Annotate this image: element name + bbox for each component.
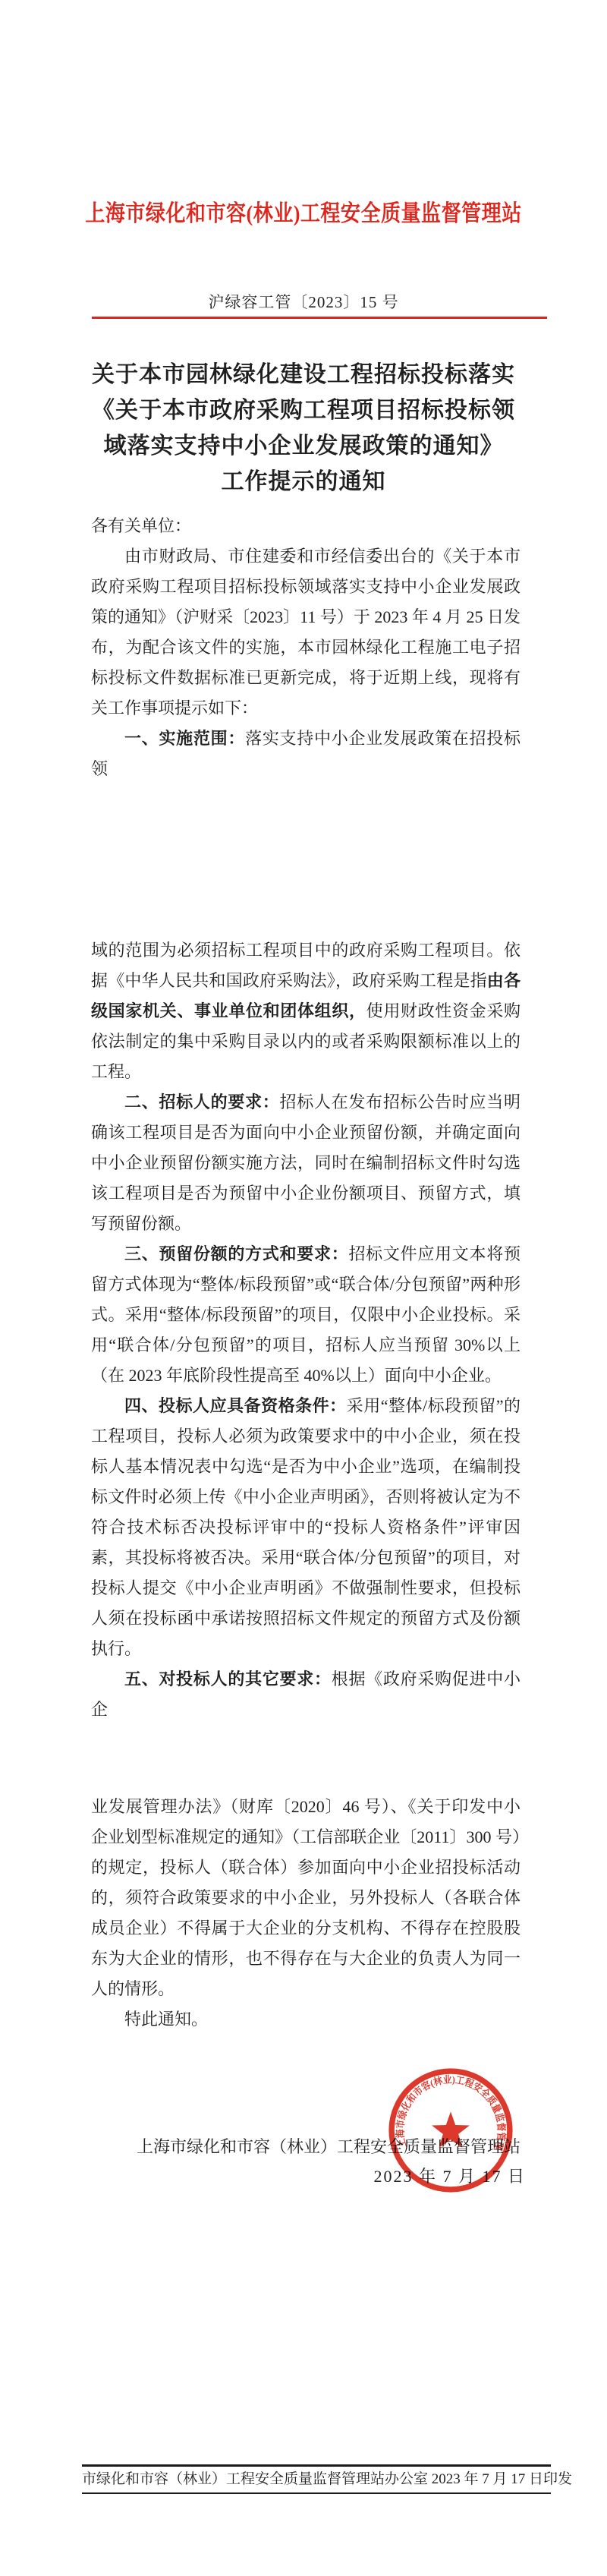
document-page: 上海市绿化和市容(林业)工程安全质量监督管理站 沪绿容工管〔2023〕15 号 …	[0, 0, 607, 2576]
body-paragraph: 二、招标人的要求：招标人在发布招标公告时应当明确该工程项目是否为面向中小企业预留…	[91, 1087, 521, 1239]
document-title-line-3: 域落实支持中小企业发展政策的通知》	[0, 428, 607, 464]
body-paragraph: 业发展管理办法》（财库〔2020〕46 号）、《关于印发中小企业划型标准规定的通…	[91, 1792, 521, 2004]
footer-imprint: 市绿化和市容（林业）工程安全质量监督管理站办公室 2023 年 7 月 17 日…	[82, 2464, 551, 2494]
bold-run: 一、实施范围：	[124, 729, 245, 748]
text-run: 招标人在发布招标公告时应当明确该工程项目是否为面向中小企业预留份额，并确定面向中…	[91, 1093, 521, 1233]
body-paragraph: 域的范围为必须招标工程项目中的政府采购工程项目。依据《中华人民共和国政府采购法》…	[91, 935, 521, 1087]
bold-run: 二、招标人的要求：	[124, 1093, 280, 1111]
bold-run: 五、对投标人的其它要求：	[124, 1670, 332, 1688]
document-title: 关于本市园林绿化建设工程招标投标落实 《关于本市政府采购工程项目招标投标领 域落…	[0, 357, 607, 500]
body-paragraph: 由市财政局、市住建委和市经信委出台的《关于本市政府采购工程项目招标投标领域落实支…	[91, 541, 521, 724]
body-paragraph: 各有关单位：	[91, 511, 521, 541]
body-paragraph: 四、投标人应具备资格条件：采用“整体/标段预留”的工程项目，投标人必须为政策要求…	[91, 1391, 521, 1664]
bold-run: 三、预留份额的方式和要求：	[124, 1244, 348, 1263]
body-text-page-2: 域的范围为必须招标工程项目中的政府采购工程项目。依据《中华人民共和国政府采购法》…	[91, 935, 521, 1725]
seal-star-icon	[432, 2111, 470, 2147]
text-run: 各有关单位：	[91, 516, 191, 535]
text-run: 招标文件应用文本将预留方式体现为“整体/标段预留”或“联合体/分包预留”两种形式…	[91, 1244, 521, 1385]
body-paragraph: 五、对投标人的其它要求：根据《政府采购促进中小企	[91, 1664, 521, 1725]
letterhead-org-title: 上海市绿化和市容(林业)工程安全质量监督管理站	[39, 194, 568, 228]
body-paragraph: 特此通知。	[91, 2004, 521, 2035]
letterhead-red-rule	[92, 317, 547, 319]
body-paragraph: 三、预留份额的方式和要求：招标文件应用文本将预留方式体现为“整体/标段预留”或“…	[91, 1239, 521, 1391]
document-title-line-1: 关于本市园林绿化建设工程招标投标落实	[0, 357, 607, 393]
text-run: 由市财政局、市住建委和市经信委出台的《关于本市政府采购工程项目招标投标领域落实支…	[91, 547, 521, 717]
official-seal: 上海市绿化和市容(林业)工程安全质量监督管理站	[388, 2068, 513, 2193]
document-title-line-4: 工作提示的通知	[0, 464, 607, 500]
body-paragraph: 一、实施范围：落实支持中小企业发展政策在招投标领	[91, 724, 521, 784]
document-title-line-2: 《关于本市政府采购工程项目招标投标领	[0, 393, 607, 428]
body-text-page-1: 各有关单位：由市财政局、市住建委和市经信委出台的《关于本市政府采购工程项目招标投…	[91, 511, 521, 784]
text-run: 特此通知。	[124, 2010, 208, 2029]
document-number: 沪绿容工管〔2023〕15 号	[0, 293, 607, 311]
text-run: 域的范围为必须招标工程项目中的政府采购工程项目。依据《中华人民共和国政府采购法》…	[91, 941, 521, 990]
bold-run: 四、投标人应具备资格条件：	[124, 1396, 347, 1415]
text-run: 采用“整体/标段预留”的工程项目，投标人必须为政策要求中的中小企业，须在投标人基…	[91, 1396, 521, 1658]
body-text-page-3: 业发展管理办法》（财库〔2020〕46 号）、《关于印发中小企业划型标准规定的通…	[91, 1792, 521, 2035]
text-run: 业发展管理办法》（财库〔2020〕46 号）、《关于印发中小企业划型标准规定的通…	[91, 1797, 521, 1998]
